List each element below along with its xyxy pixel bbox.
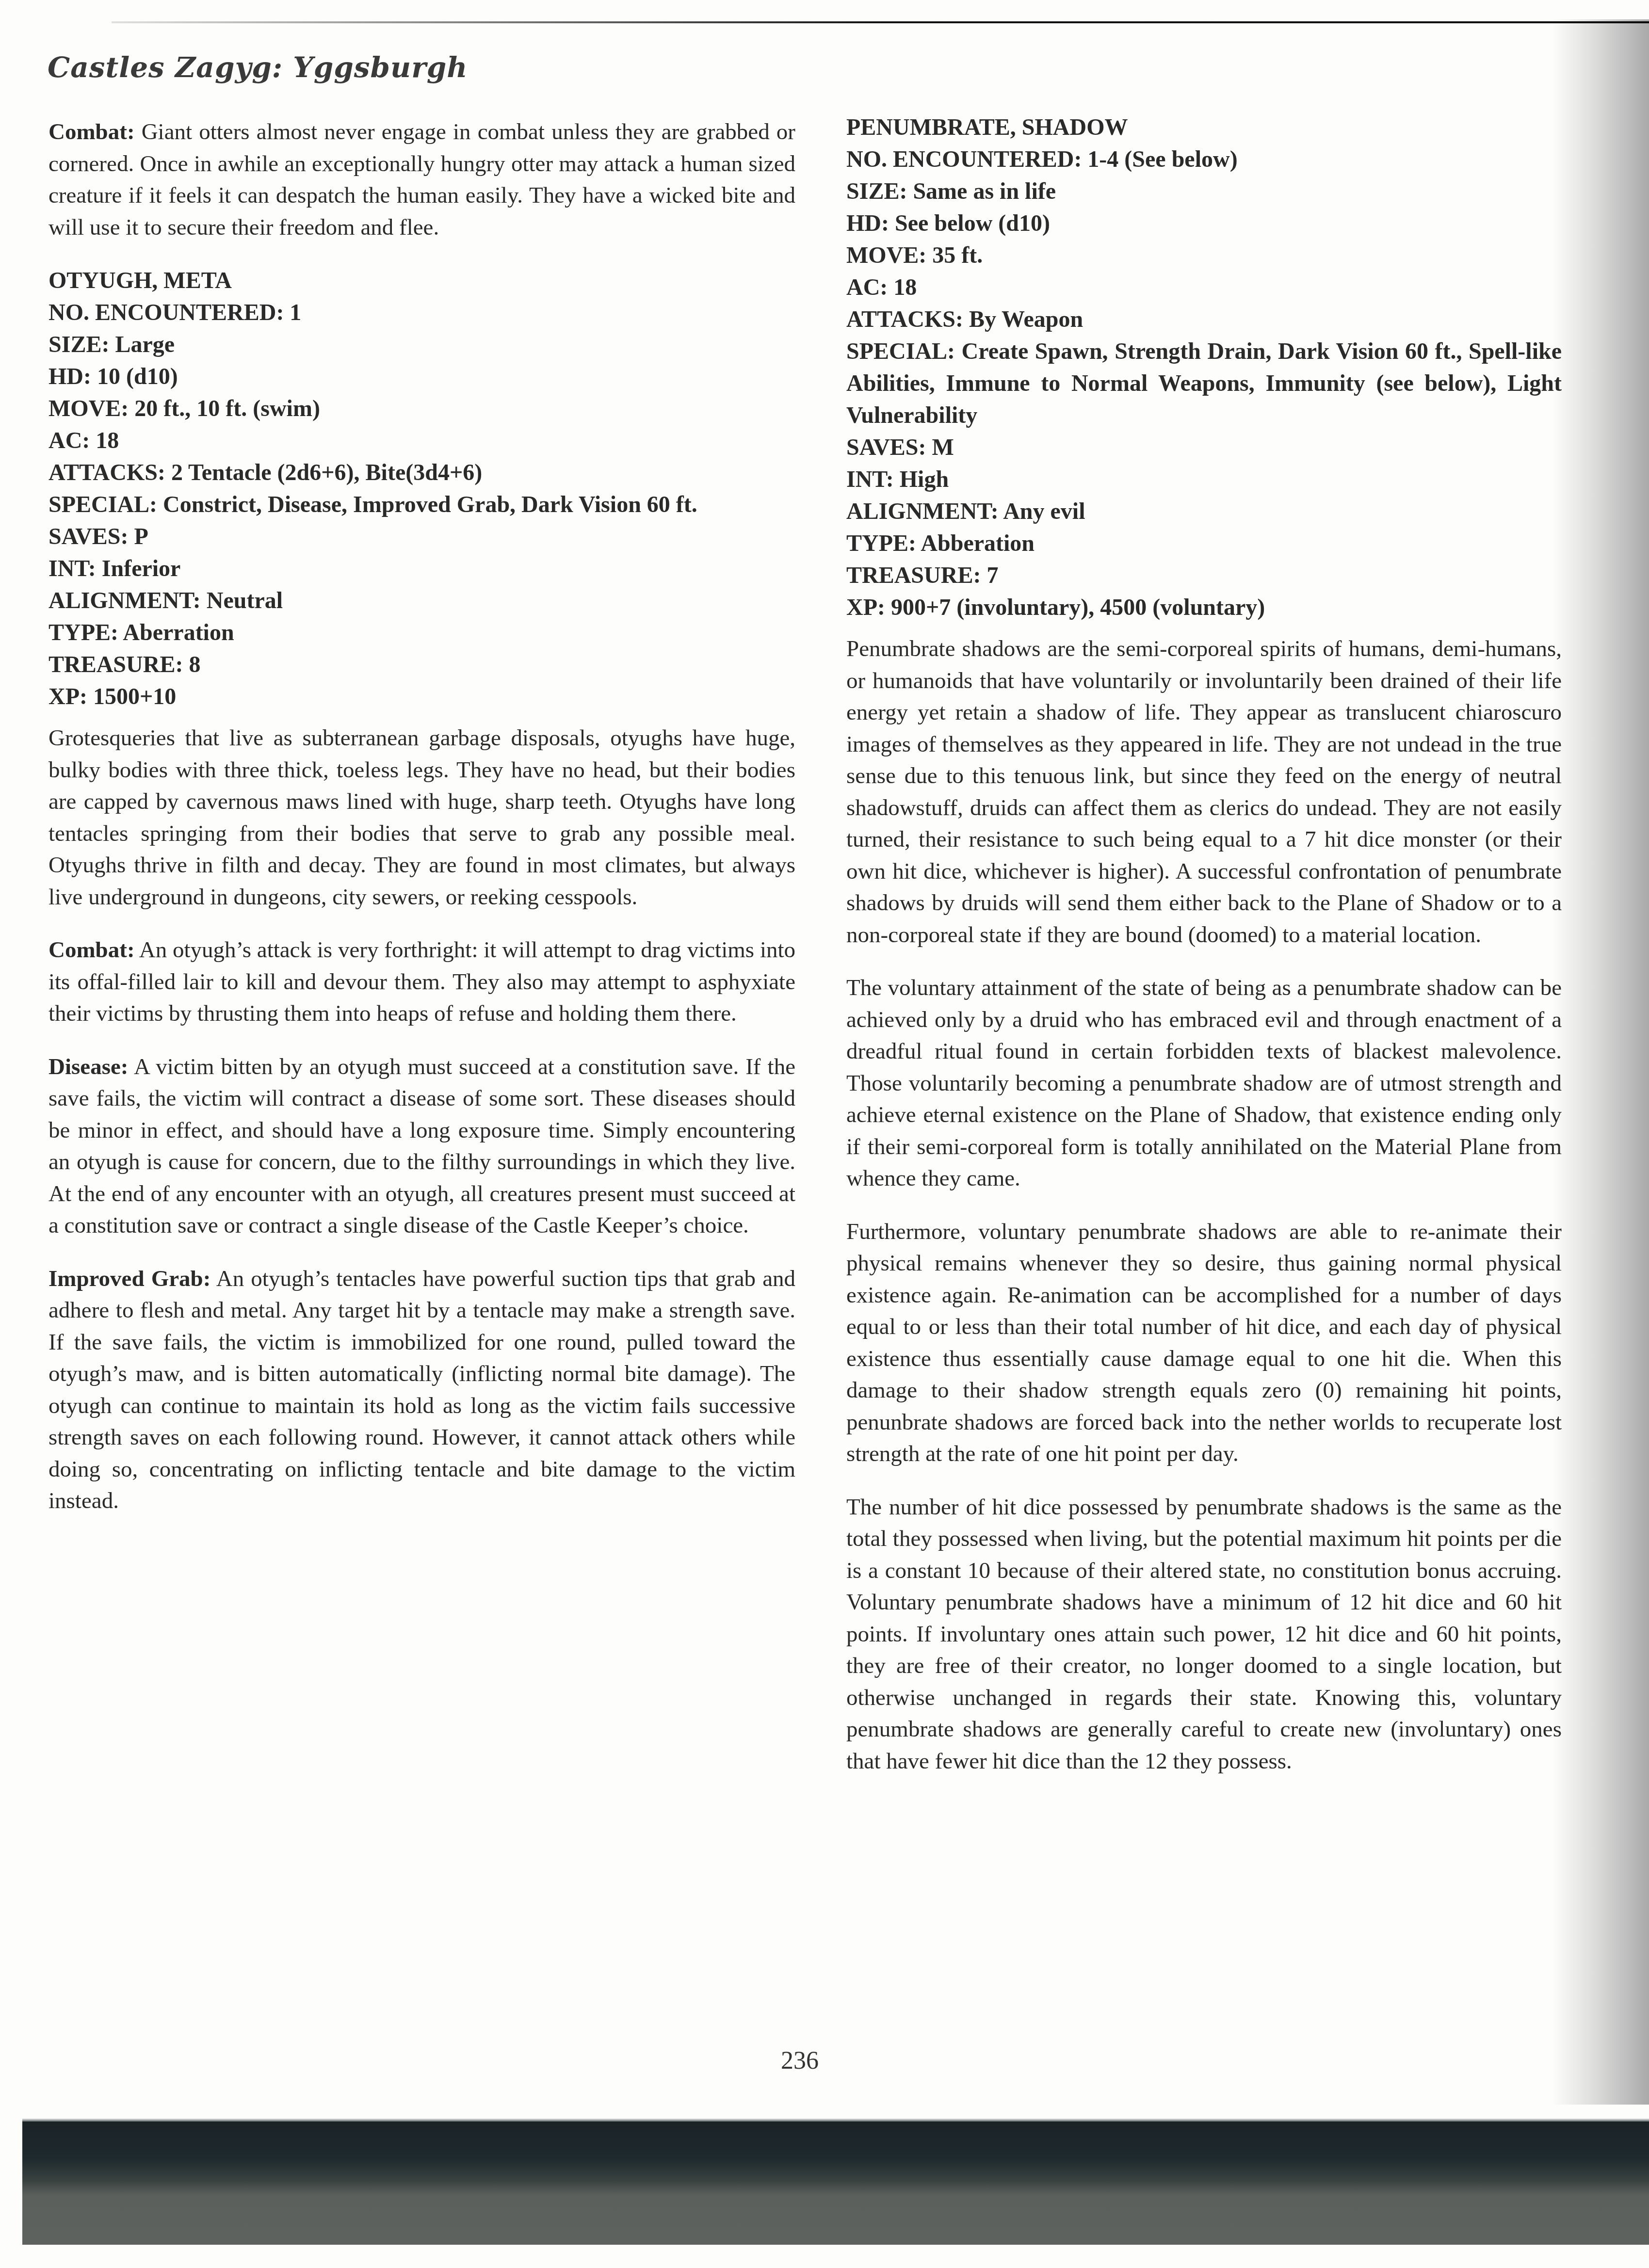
paragraph-lead: Improved Grab: [48,1266,210,1291]
stat-hd: HD: 10 (d10) [48,361,795,393]
stat-saves: SAVES: P [48,521,795,553]
stat-attacks: ATTACKS: 2 Tentacle (2d6+6), Bite(3d4+6) [48,457,795,489]
left-column: Combat: Giant otters almost never engage… [48,116,795,1539]
stat-treasure: TREASURE: 8 [48,649,795,681]
paragraph-text: An otyugh’s attack is very forthright: i… [48,937,795,1026]
stat-int: INT: Inferior [48,553,795,585]
scanner-dark-band [22,2122,1649,2245]
stat-hd: HD: See below (d10) [846,208,1562,240]
stat-move: MOVE: 20 ft., 10 ft. (swim) [48,393,795,425]
paragraph-text: Grotesqueries that live as subterranean … [48,725,795,910]
book-page: Castles Zagyg: Yggsburgh Combat: Giant o… [0,0,1649,2268]
penumbrate-voluntary-paragraph: The voluntary attainment of the state of… [846,972,1562,1195]
paragraph-lead: Combat: [48,119,135,145]
stat-size: SIZE: Large [48,329,795,361]
stat-no-encountered: NO. ENCOUNTERED: 1 [48,297,795,329]
otter-combat-paragraph: Combat: Giant otters almost never engage… [48,116,795,243]
otyugh-improved-grab-paragraph: Improved Grab: An otyugh’s tentacles hav… [48,1263,795,1517]
monster-name: OTYUGH, META [48,265,795,297]
stat-alignment: ALIGNMENT: Neutral [48,585,795,617]
stat-int: INT: High [846,464,1562,496]
stat-ac: AC: 18 [846,272,1562,304]
penumbrate-description-paragraph: Penumbrate shadows are the semi-corporea… [846,633,1562,951]
page-number: 236 [781,2046,819,2075]
stat-xp: XP: 1500+10 [48,681,795,713]
stat-alignment: ALIGNMENT: Any evil [846,496,1562,528]
penumbrate-hit-dice-paragraph: The number of hit dice possessed by penu… [846,1492,1562,1778]
binding-shadow [1552,19,1649,2105]
stat-move: MOVE: 35 ft. [846,240,1562,272]
stat-type: TYPE: Abberation [846,528,1562,560]
stat-no-encountered: NO. ENCOUNTERED: 1-4 (See below) [846,144,1562,176]
paragraph-text: A victim bitten by an otyugh must succee… [48,1054,795,1239]
penumbrate-statblock: PENUMBRATE, SHADOW NO. ENCOUNTERED: 1-4 … [846,112,1562,624]
otyugh-combat-paragraph: Combat: An otyugh’s attack is very forth… [48,934,795,1030]
stat-xp: XP: 900+7 (involuntary), 4500 (voluntary… [846,592,1562,624]
top-rule-divider [112,21,1649,23]
right-column: PENUMBRATE, SHADOW NO. ENCOUNTERED: 1-4 … [846,112,1562,1799]
penumbrate-reanimation-paragraph: Furthermore, voluntary penumbrate shadow… [846,1216,1562,1470]
paragraph-text: An otyugh’s tentacles have powerful suct… [48,1266,795,1514]
paragraph-text: Giant otters almost never engage in comb… [48,119,795,240]
otyugh-disease-paragraph: Disease: A victim bitten by an otyugh mu… [48,1051,795,1242]
paragraph-lead: Disease: [48,1054,128,1079]
monster-name: PENUMBRATE, SHADOW [846,112,1562,144]
running-header: Castles Zagyg: Yggsburgh [48,51,468,84]
stat-treasure: TREASURE: 7 [846,560,1562,592]
stat-size: SIZE: Same as in life [846,176,1562,208]
stat-special: SPECIAL: Create Spawn, Strength Drain, D… [846,336,1562,432]
stat-saves: SAVES: M [846,432,1562,464]
stat-type: TYPE: Aberration [48,617,795,649]
otyugh-statblock: OTYUGH, META NO. ENCOUNTERED: 1 SIZE: La… [48,265,795,713]
paragraph-lead: Combat: [48,937,135,963]
otyugh-description-paragraph: Grotesqueries that live as subterranean … [48,723,795,913]
stat-attacks: ATTACKS: By Weapon [846,304,1562,336]
stat-special: SPECIAL: Constrict, Disease, Improved Gr… [48,489,795,521]
stat-ac: AC: 18 [48,425,795,457]
